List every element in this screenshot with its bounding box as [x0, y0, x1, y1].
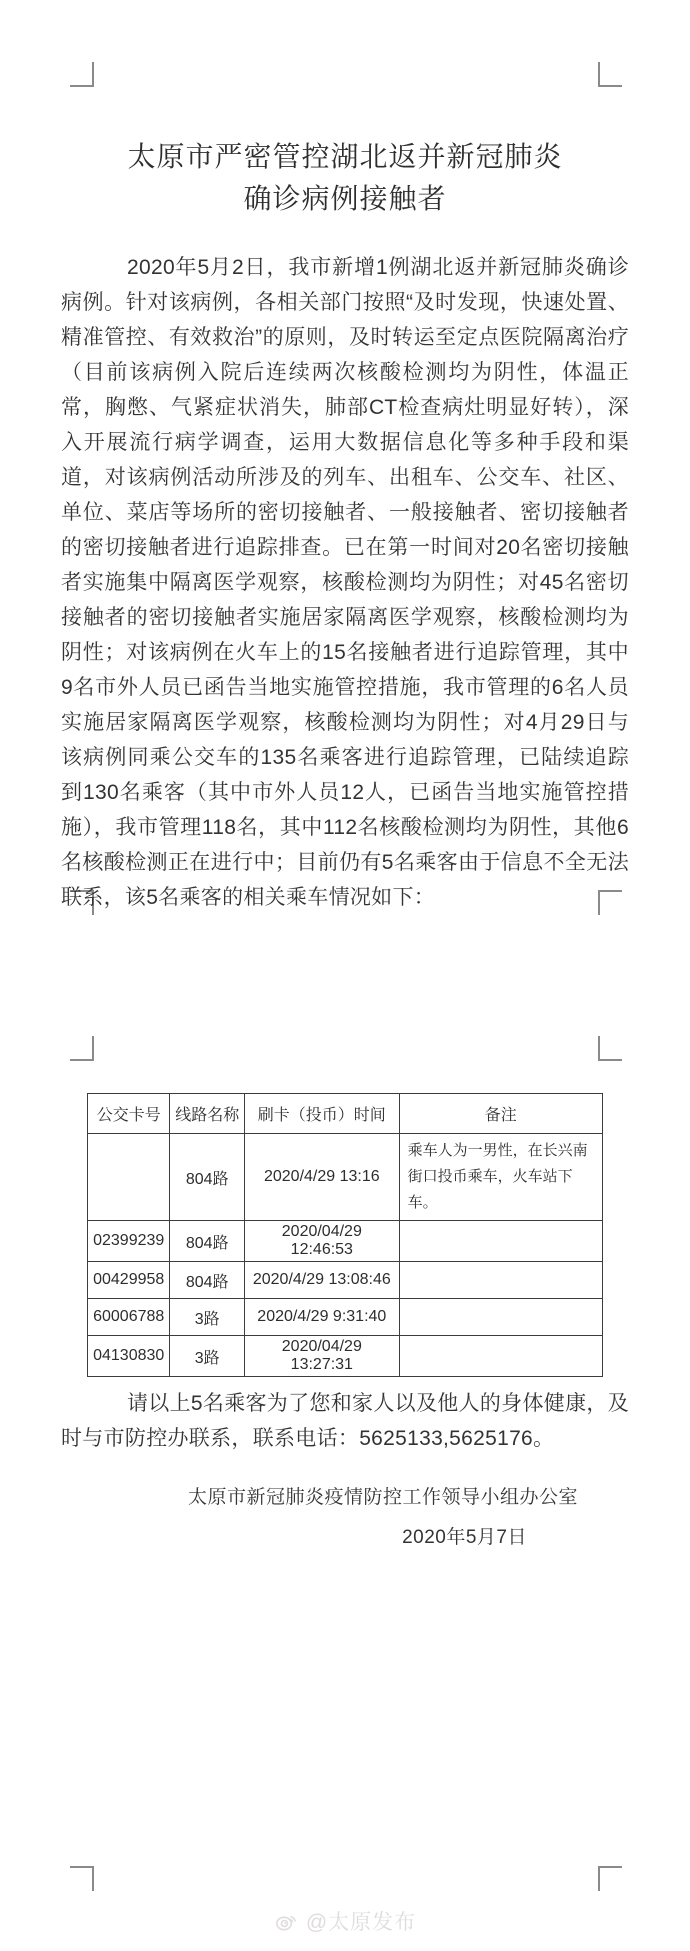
table-row: 00429958 804路 2020/4/29 13:08:46 — [88, 1262, 603, 1299]
watermark-text: @太原发布 — [306, 1906, 416, 1936]
table-header-row: 公交卡号 线路名称 刷卡（投币）时间 备注 — [88, 1094, 603, 1134]
cell-card-number: 00429958 — [88, 1262, 170, 1299]
crop-mark-page2-bottom-right — [598, 1866, 622, 1891]
body-paragraph-contact: 请以上5名乘客为了您和家人以及他人的身体健康，及时与市防控办联系，联系电话：56… — [61, 1386, 629, 1456]
crop-mark-page1-top-right — [598, 62, 622, 87]
column-header-swipe-time: 刷卡（投币）时间 — [245, 1094, 400, 1134]
cell-remarks: 乘车人为一男性，在长兴南街口投币乘车，火车站下车。 — [399, 1134, 602, 1221]
cell-route-name: 3路 — [170, 1336, 245, 1377]
document-title: 太原市严密管控湖北返并新冠肺炎 确诊病例接触者 — [0, 136, 690, 220]
cell-remarks — [399, 1299, 602, 1336]
cell-swipe-time: 2020/4/29 13:08:46 — [245, 1262, 400, 1299]
weibo-logo-icon — [274, 1908, 300, 1934]
cell-route-name: 804路 — [170, 1221, 245, 1262]
cell-card-number — [88, 1134, 170, 1221]
bus-ride-table: 公交卡号 线路名称 刷卡（投币）时间 备注 804路 2020/4/29 13:… — [87, 1093, 603, 1377]
crop-mark-page2-top-right — [598, 1036, 622, 1061]
column-header-route-name: 线路名称 — [170, 1094, 245, 1134]
body-paragraph-main: 2020年5月2日，我市新增1例湖北返并新冠肺炎确诊病例。针对该病例，各相关部门… — [61, 250, 629, 915]
document-title-line1: 太原市严密管控湖北返并新冠肺炎 — [0, 136, 690, 178]
cell-remarks — [399, 1336, 602, 1377]
document-title-line2: 确诊病例接触者 — [0, 178, 690, 220]
crop-mark-page2-top-left — [70, 1036, 94, 1061]
document-page: 太原市严密管控湖北返并新冠肺炎 确诊病例接触者 2020年5月2日，我市新增1例… — [0, 0, 690, 1951]
cell-route-name: 3路 — [170, 1299, 245, 1336]
cell-route-name: 804路 — [170, 1134, 245, 1221]
watermark: @太原发布 — [0, 1906, 690, 1936]
cell-swipe-time: 2020/4/29 9:31:40 — [245, 1299, 400, 1336]
cell-swipe-time: 2020/04/29 12:46:53 — [245, 1221, 400, 1262]
table-row: 02399239 804路 2020/04/29 12:46:53 — [88, 1221, 603, 1262]
cell-card-number: 04130830 — [88, 1336, 170, 1377]
cell-remarks — [399, 1262, 602, 1299]
column-header-card-number: 公交卡号 — [88, 1094, 170, 1134]
column-header-remarks: 备注 — [399, 1094, 602, 1134]
cell-route-name: 804路 — [170, 1262, 245, 1299]
cell-remarks — [399, 1221, 602, 1262]
table-row: 60006788 3路 2020/4/29 9:31:40 — [88, 1299, 603, 1336]
table-row: 804路 2020/4/29 13:16 乘车人为一男性，在长兴南街口投币乘车，… — [88, 1134, 603, 1221]
issuing-office-signature: 太原市新冠肺炎疫情防控工作领导小组办公室 — [188, 1482, 578, 1509]
cell-card-number: 60006788 — [88, 1299, 170, 1336]
cell-swipe-time: 2020/4/29 13:16 — [245, 1134, 400, 1221]
crop-mark-page1-top-left — [70, 62, 94, 87]
table-row: 04130830 3路 2020/04/29 13:27:31 — [88, 1336, 603, 1377]
cell-swipe-time: 2020/04/29 13:27:31 — [245, 1336, 400, 1377]
document-date: 2020年5月7日 — [402, 1522, 527, 1549]
crop-mark-page2-bottom-left — [70, 1866, 94, 1891]
cell-card-number: 02399239 — [88, 1221, 170, 1262]
